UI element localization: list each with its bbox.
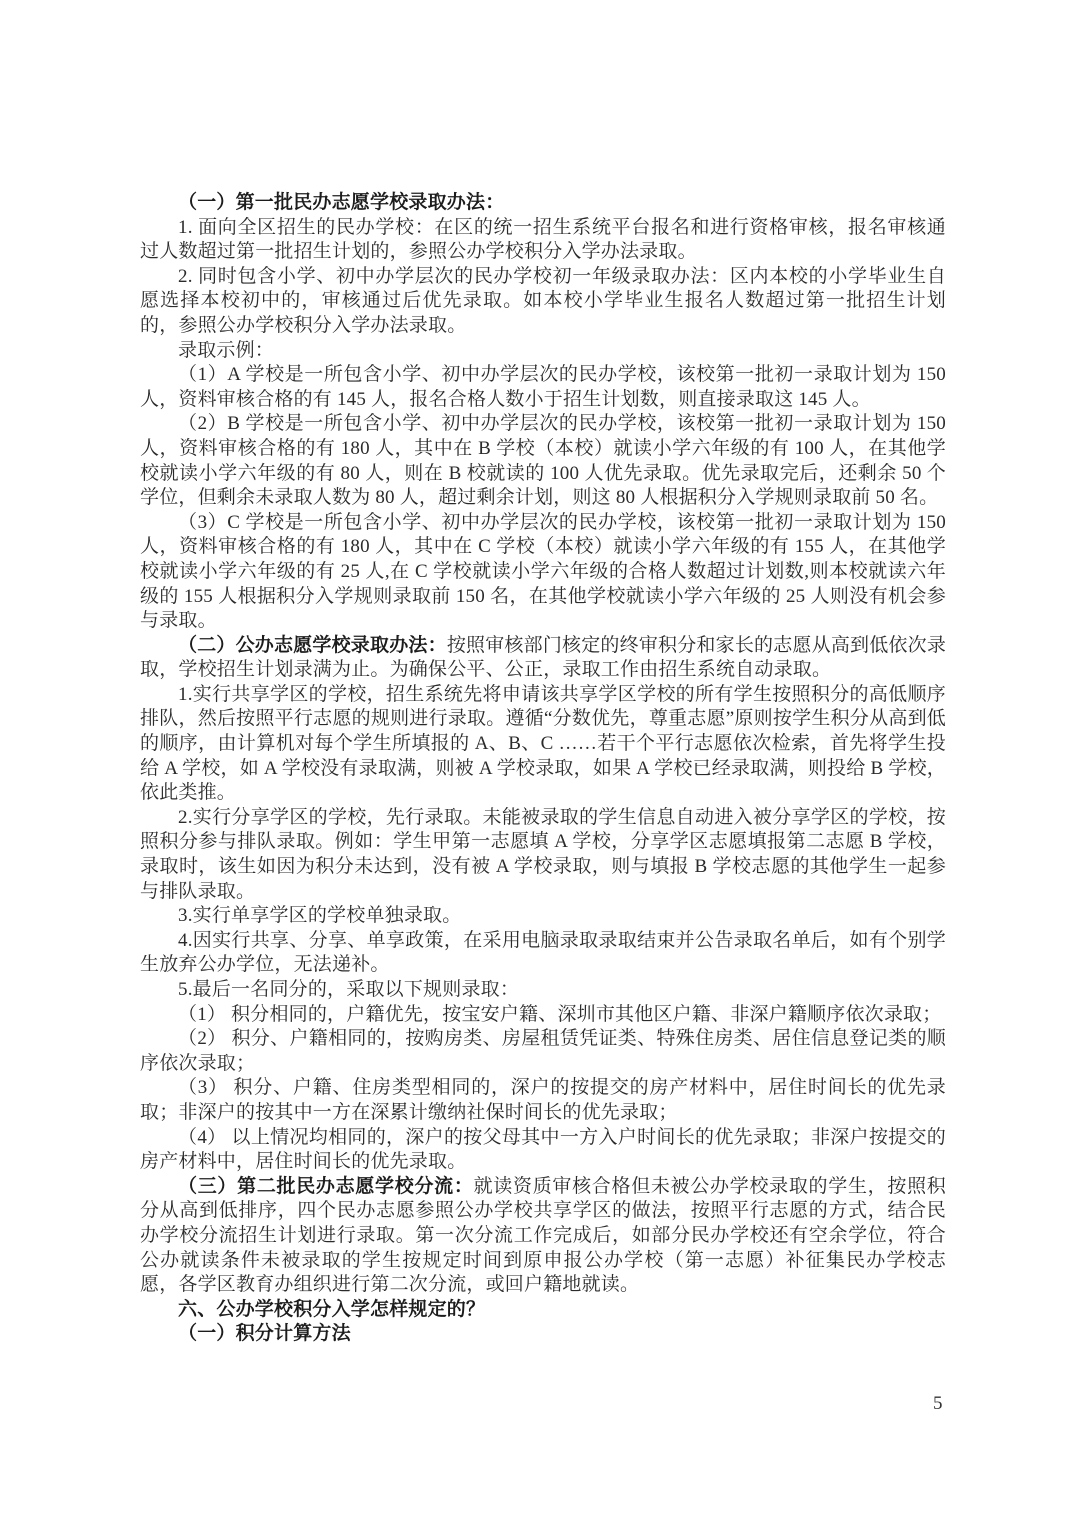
para-district-wide: 1. 面向全区招生的民办学校：在区的统一招生系统平台报名和进行资格审核，报名审核…: [140, 216, 946, 265]
para-no-replacement: 4.因实行共享、分享、单享政策，在采用电脑录取录取结束并公告录取名单后，如有个别…: [140, 929, 946, 978]
bold-lead: 六、公办学校积分入学怎样规定的？: [178, 1299, 485, 1320]
page-number: 5: [933, 1393, 943, 1415]
para-text: （1） 积分相同的，户籍优先，按宝安户籍、深圳市其他区户籍、非深户籍顺序依次录取…: [178, 1004, 941, 1025]
para-text: （3）C 学校是一所包含小学、初中办学层次的民办学校，该校第一批初一录取计划为 …: [140, 512, 946, 631]
document-page: （一）第一批民办志愿学校录取办法： 1. 面向全区招生的民办学校：在区的统一招生…: [0, 0, 1080, 1527]
bold-lead: （一）第一批民办志愿学校录取办法：: [178, 192, 504, 213]
para-text: 2.实行分享学区的学校，先行录取。未能被录取的学生信息自动进入被分享学区的学校，…: [140, 807, 946, 902]
bold-lead: （二）公办志愿学校录取办法：: [178, 635, 447, 656]
bold-lead: （一）积分计算方法: [178, 1323, 351, 1344]
para-text: 5.最后一名同分的，采取以下规则录取：: [178, 979, 519, 1000]
para-example-school-c: （3）C 学校是一所包含小学、初中办学层次的民办学校，该校第一批初一录取计划为 …: [140, 511, 946, 634]
heading-section-six: 六、公办学校积分入学怎样规定的？: [140, 1298, 946, 1323]
para-example-school-a: （1）A 学校是一所包含小学、初中办学层次的民办学校，该校第一批初一录取计划为 …: [140, 363, 946, 412]
para-example-label: 录取示例：: [140, 339, 946, 364]
bold-lead: （三）第二批民办志愿学校分流：: [178, 1176, 474, 1197]
heading-first-batch: （一）第一批民办志愿学校录取办法：: [140, 191, 946, 216]
para-text: 1. 面向全区招生的民办学校：在区的统一招生系统平台报名和进行资格审核，报名审核…: [140, 217, 946, 263]
para-text: 录取示例：: [178, 340, 274, 361]
para-tie-rule-4: （4） 以上情况均相同的，深户的按父母其中一方入户时间长的优先录取；非深户按提交…: [140, 1126, 946, 1175]
para-text: 2. 同时包含小学、初中办学层次的民办学校初一年级录取办法：区内本校的小学毕业生…: [140, 266, 946, 336]
para-text: （4） 以上情况均相同的，深户的按父母其中一方入户时间长的优先录取；非深户按提交…: [140, 1127, 946, 1173]
para-tie-rule-1: （1） 积分相同的，户籍优先，按宝安户籍、深圳市其他区户籍、非深户籍顺序依次录取…: [140, 1003, 946, 1028]
para-shared-district: 1.实行共享学区的学校，招生系统先将申请该共享学区学校的所有学生按照积分的高低顺…: [140, 683, 946, 806]
para-tie-rule-2: （2） 积分、户籍相同的，按购房类、房屋租赁凭证类、特殊住房类、居住信息登记类的…: [140, 1027, 946, 1076]
para-text: （1）A 学校是一所包含小学、初中办学层次的民办学校，该校第一批初一录取计划为 …: [140, 364, 946, 410]
para-text: （2） 积分、户籍相同的，按购房类、房屋租赁凭证类、特殊住房类、居住信息登记类的…: [140, 1028, 946, 1074]
para-text: （2）B 学校是一所包含小学、初中办学层次的民办学校，该校第一批初一录取计划为 …: [140, 413, 946, 508]
para-public-school-method: （二）公办志愿学校录取办法：按照审核部门核定的终审积分和家长的志愿从高到低依次录…: [140, 634, 946, 683]
para-primary-middle: 2. 同时包含小学、初中办学层次的民办学校初一年级录取办法：区内本校的小学毕业生…: [140, 265, 946, 339]
para-text: 3.实行单享学区的学校单独录取。: [178, 905, 461, 926]
body-text: （一）第一批民办志愿学校录取办法： 1. 面向全区招生的民办学校：在区的统一招生…: [140, 191, 946, 1347]
para-tie-break-intro: 5.最后一名同分的，采取以下规则录取：: [140, 978, 946, 1003]
para-text: 4.因实行共享、分享、单享政策，在采用电脑录取录取结束并公告录取名单后，如有个别…: [140, 930, 946, 976]
para-single-district: 3.实行单享学区的学校单独录取。: [140, 904, 946, 929]
heading-point-calculation: （一）积分计算方法: [140, 1322, 946, 1347]
para-tie-rule-3: （3） 积分、户籍、住房类型相同的，深户的按提交的房产材料中，居住时间长的优先录…: [140, 1076, 946, 1125]
para-share-district: 2.实行分享学区的学校，先行录取。未能被录取的学生信息自动进入被分享学区的学校，…: [140, 806, 946, 904]
para-second-batch-diversion: （三）第二批民办志愿学校分流：就读资质审核合格但未被公办学校录取的学生，按照积分…: [140, 1175, 946, 1298]
para-example-school-b: （2）B 学校是一所包含小学、初中办学层次的民办学校，该校第一批初一录取计划为 …: [140, 412, 946, 510]
para-text: （3） 积分、户籍、住房类型相同的，深户的按提交的房产材料中，居住时间长的优先录…: [140, 1077, 946, 1123]
para-text: 1.实行共享学区的学校，招生系统先将申请该共享学区学校的所有学生按照积分的高低顺…: [140, 684, 946, 803]
